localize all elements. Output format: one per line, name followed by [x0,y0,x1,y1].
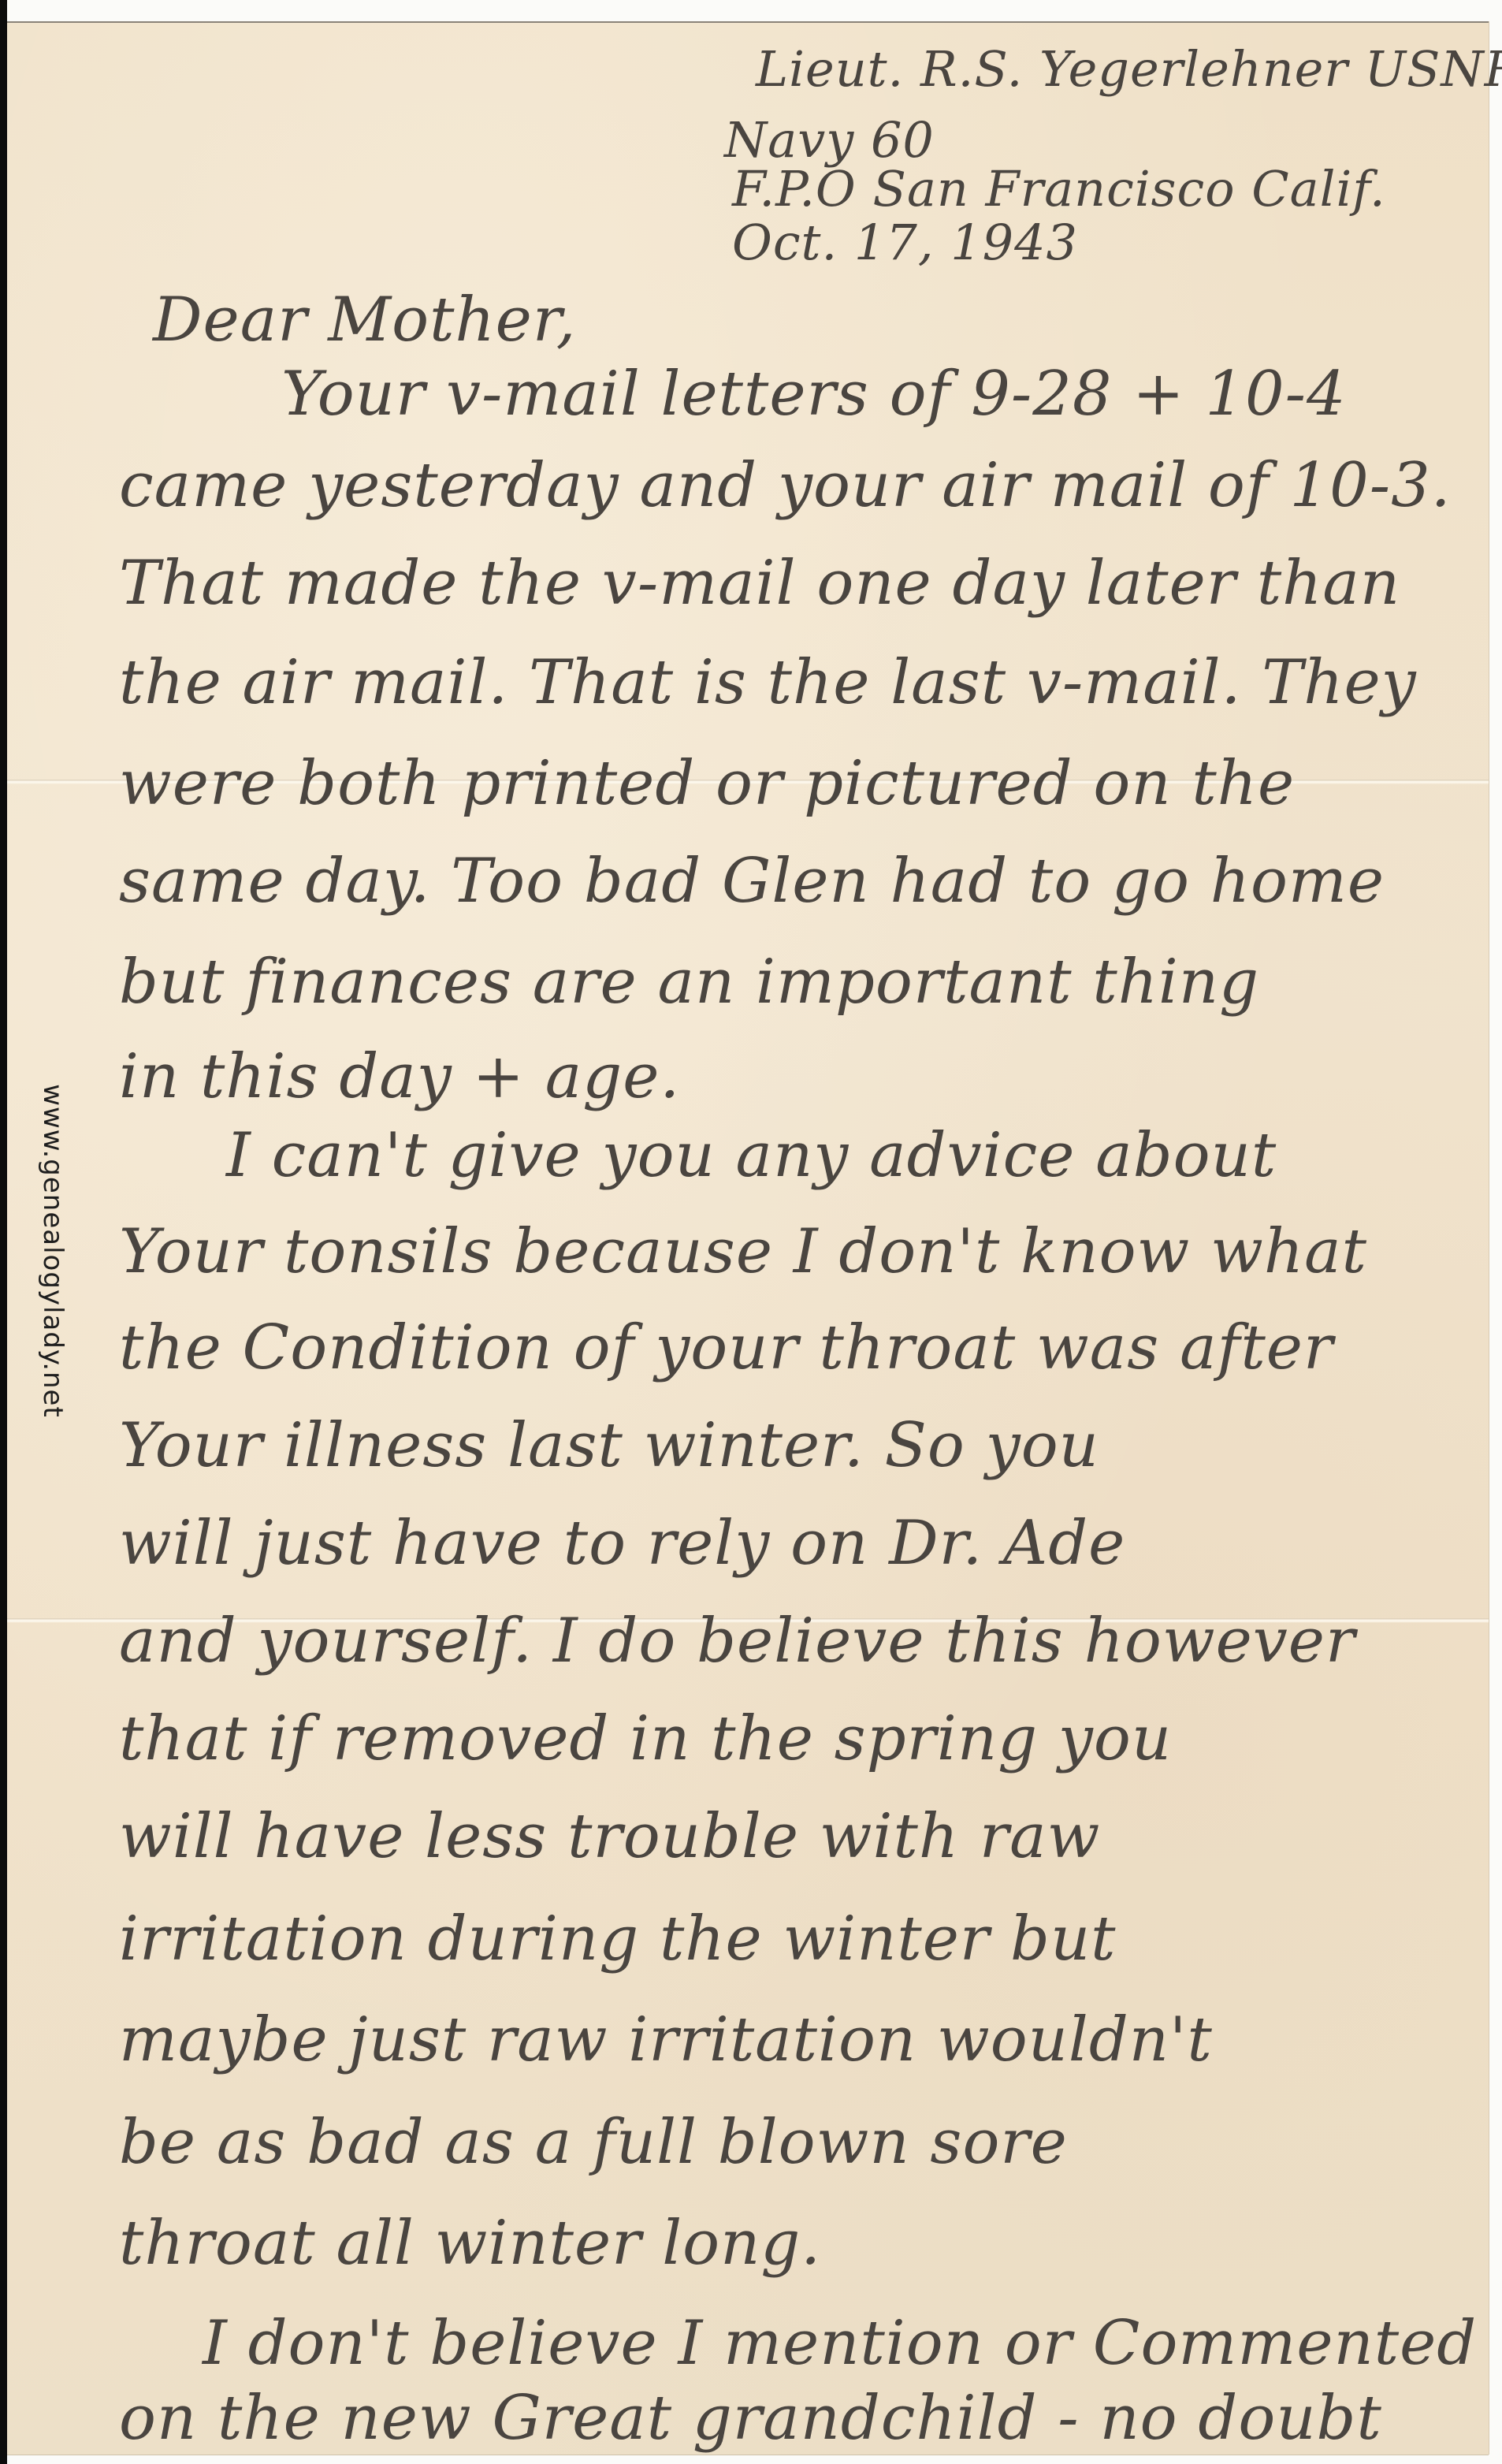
letter-line: Your tonsils because I don't know what [119,1221,1367,1282]
letter-line: I don't believe I mention or Commented [203,2313,1477,2374]
letter-line: I can't give you any advice about [226,1125,1277,1186]
watermark: www.genealogylady.net [29,1078,76,1424]
letter-date: Oct. 17, 1943 [732,218,1078,267]
letter-line: the air mail. That is the last v-mail. T… [119,652,1417,713]
letter-line: and yourself. I do believe this however [119,1610,1355,1672]
watermark-text: www.genealogylady.net [37,1084,69,1418]
salutation: Dear Mother, [153,289,576,351]
letter-line: that if removed in the spring you [119,1708,1172,1770]
letter-line: be as bad as a full blown sore [119,2112,1068,2173]
letter-line: were both printed or pictured on the [119,753,1295,814]
letter-line: maybe just raw irritation wouldn't [119,2009,1213,2071]
letter-line: Your v-mail letters of 9-28 + 10-4 [281,363,1347,425]
letter-line: That made the v-mail one day later than [119,553,1400,614]
letter-line: but finances are an important thing [119,951,1259,1013]
letter-line: irritation during the winter but [119,1908,1117,1970]
letter-line: the Condition of your throat was after [119,1317,1333,1379]
letter-line: same day. Too bad Glen had to go home [119,850,1385,912]
letter-line: will have less trouble with raw [119,1806,1100,1867]
letter-line: will just have to rely on Dr. Ade [119,1513,1125,1574]
letter-line: in this day + age. [119,1046,680,1107]
letter-line: on the new Great grandchild - no doubt [119,2388,1382,2449]
scan-border [0,0,7,2464]
sender-unit: Navy 60 [724,116,935,165]
letter-page: Lieut. R.S. Yegerlehner USNR Navy 60 F.P… [7,21,1489,2455]
letter-line: throat all winter long. [119,2213,821,2274]
letter-line: came yesterday and your air mail of 10-3… [119,455,1452,516]
sender-address: F.P.O San Francisco Calif. [732,165,1386,214]
sender-name: Lieut. R.S. Yegerlehner USNR [756,45,1502,94]
letter-line: Your illness last winter. So you [119,1415,1099,1476]
